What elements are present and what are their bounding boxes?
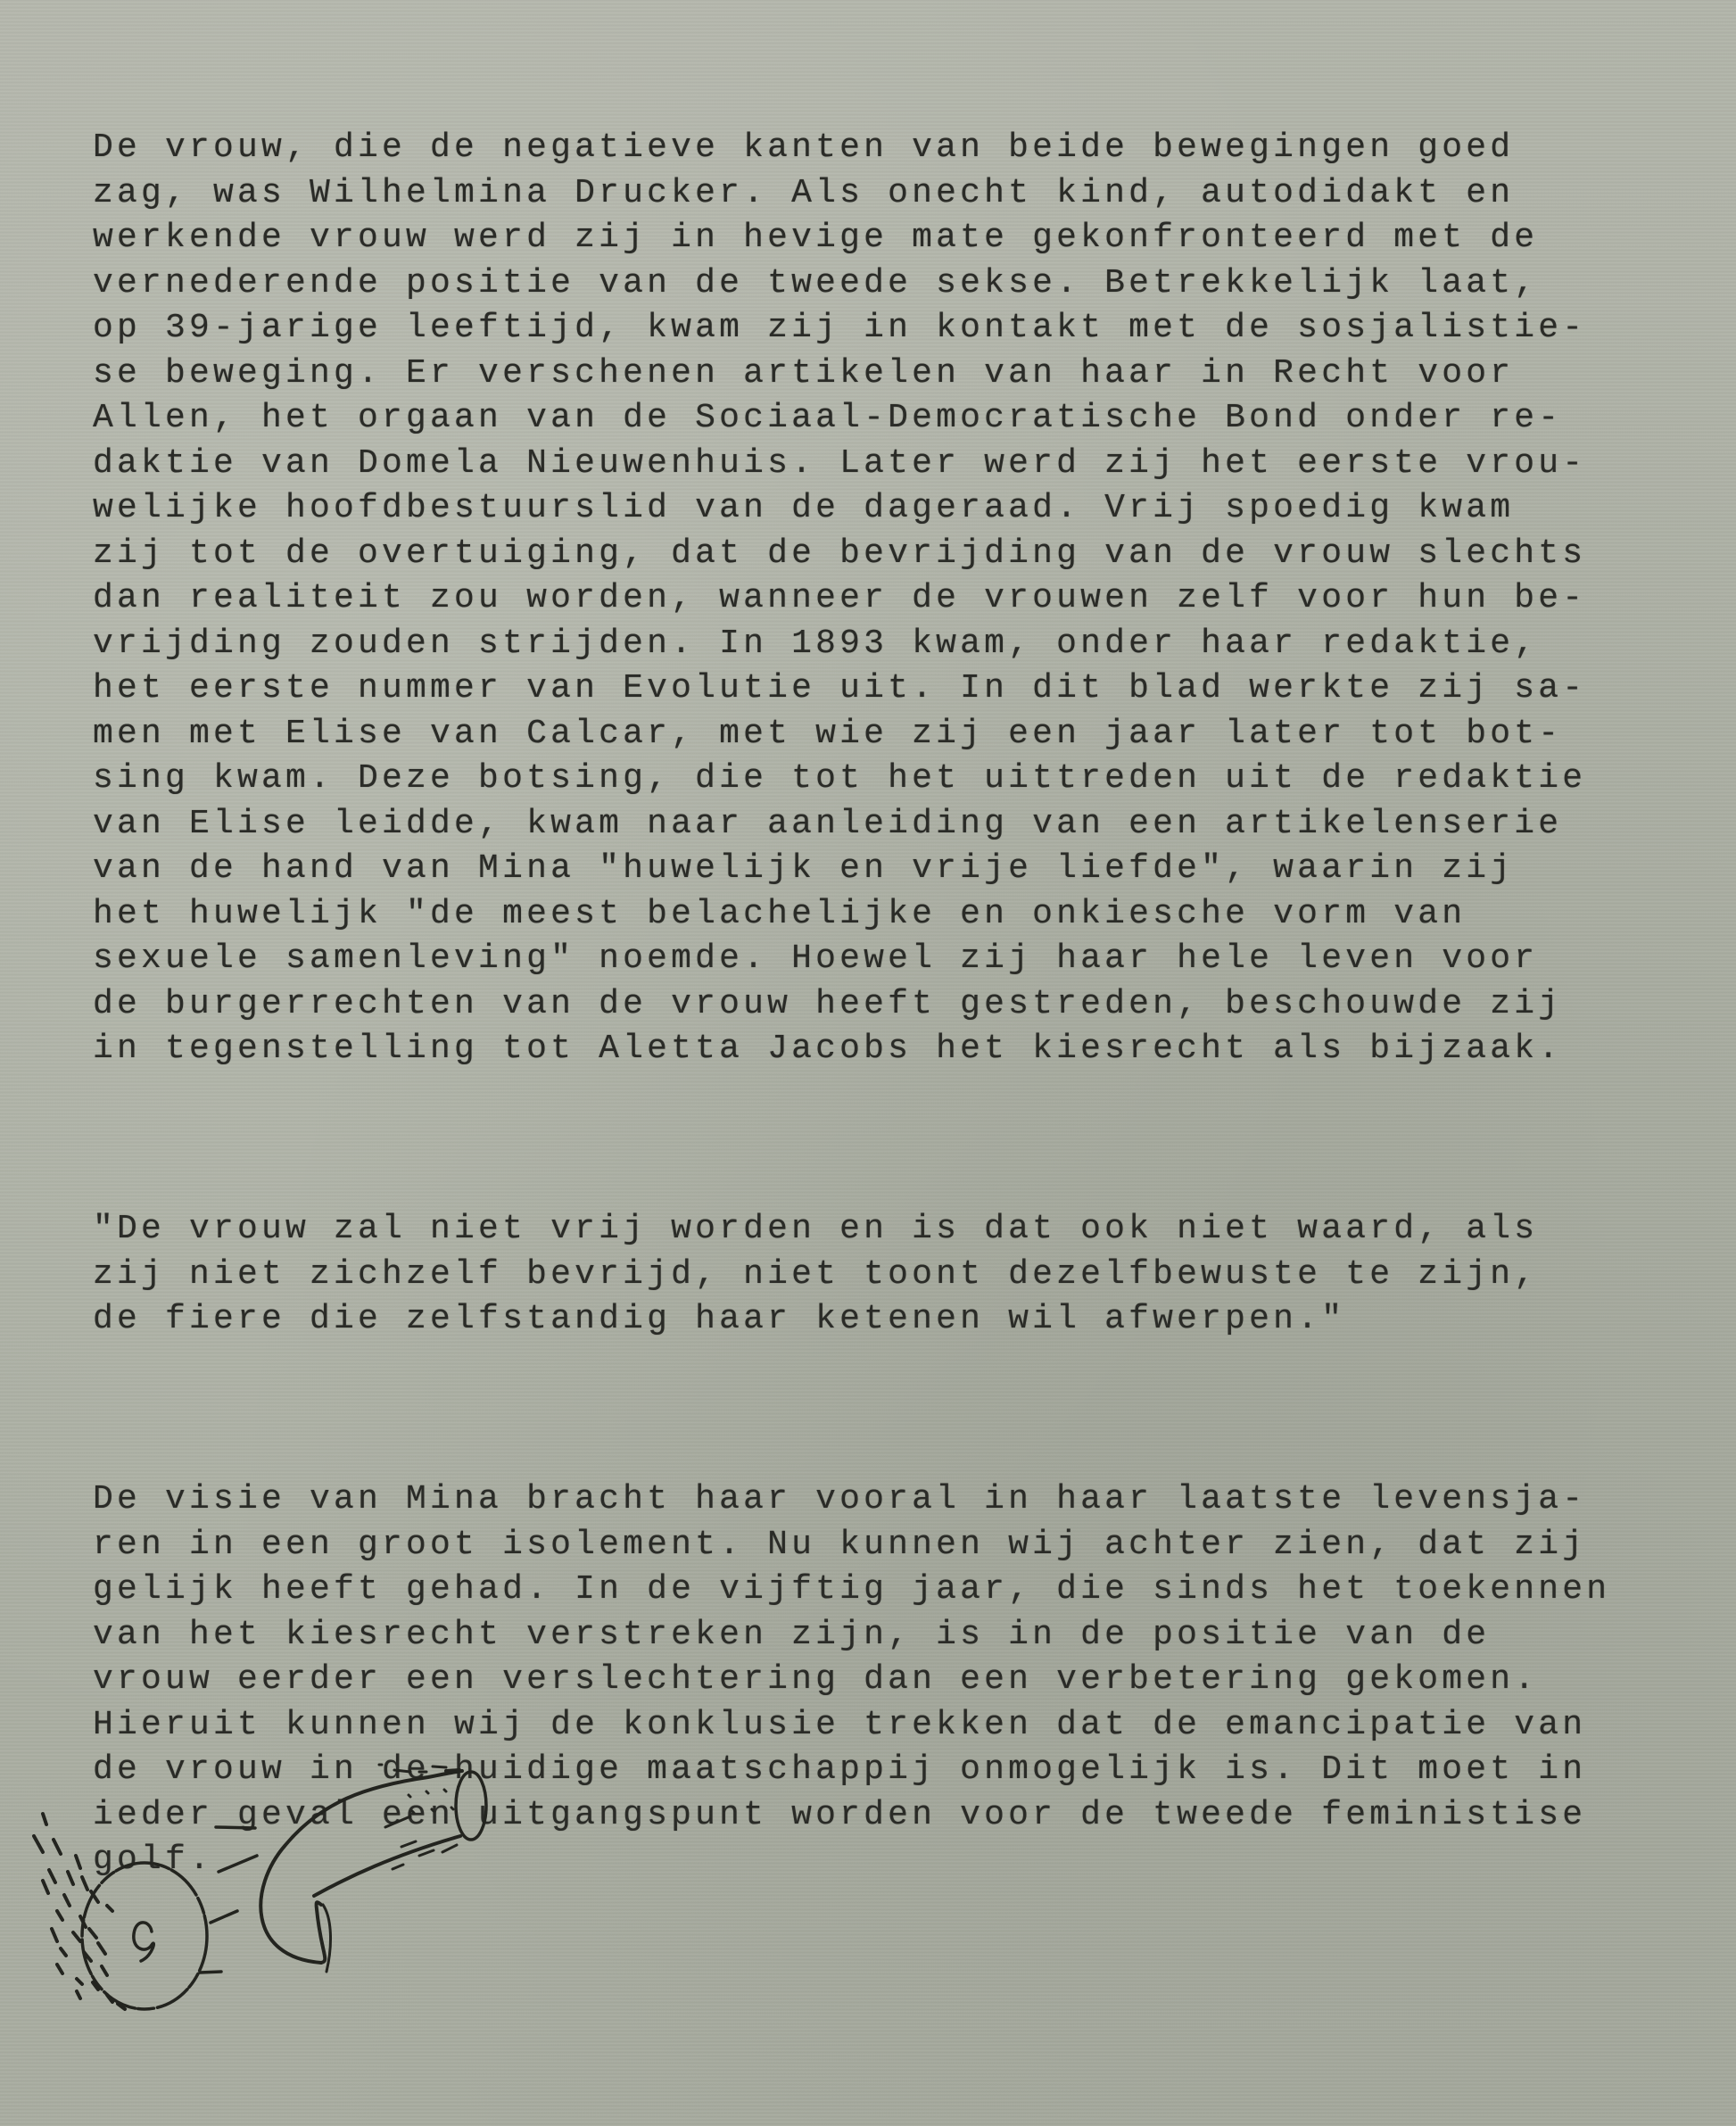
text-line: vernederende positie van de tweede sekse… xyxy=(93,261,1699,307)
text-line: van het kiesrecht verstreken zijn, is in… xyxy=(93,1613,1699,1659)
text-line: "De vrouw zal niet vrij worden en is dat… xyxy=(93,1207,1699,1253)
text-line: gelijk heeft gehad. In de vijftig jaar, … xyxy=(93,1568,1699,1613)
text-line: de burgerrechten van de vrouw heeft gest… xyxy=(93,982,1699,1028)
text-line: het huwelijk "de meest belachelijke en o… xyxy=(93,892,1699,938)
paragraph-quote: "De vrouw zal niet vrij worden en is dat… xyxy=(93,1207,1699,1343)
text-line: zij niet zichzelf bevrijd, niet toont de… xyxy=(93,1253,1699,1298)
cannon-barrel xyxy=(260,1770,486,1972)
cannonball xyxy=(82,1863,207,2009)
text-line: se beweging. Er verschenen artikelen van… xyxy=(93,352,1699,397)
text-line: van de hand van Mina "huwelijk en vrije … xyxy=(93,847,1699,892)
text-line: sexuele samenleving" noemde. Hoewel zij … xyxy=(93,937,1699,982)
text-line: welijke hoofdbestuurslid van de dageraad… xyxy=(93,486,1699,532)
text-line: zag, was Wilhelmina Drucker. Als onecht … xyxy=(93,171,1699,217)
text-line: De vrouw, die de negatieve kanten van be… xyxy=(93,126,1699,171)
text-line: dan realiteit zou worden, wanneer de vro… xyxy=(93,576,1699,622)
typewritten-text: De vrouw, die de negatieve kanten van be… xyxy=(93,36,1699,1928)
text-line: de fiere die zelfstandig haar ketenen wi… xyxy=(93,1297,1699,1343)
text-line: ren in een groot isolement. Nu kunnen wi… xyxy=(93,1523,1699,1568)
motion-dashes-top xyxy=(379,1765,446,1772)
text-line: daktie van Domela Nieuwenhuis. Later wer… xyxy=(93,442,1699,487)
text-line: vrijding zouden strijden. In 1893 kwam, … xyxy=(93,622,1699,667)
text-line: in tegenstelling tot Aletta Jacobs het k… xyxy=(93,1027,1699,1072)
text-line: van Elise leidde, kwam naar aanleiding v… xyxy=(93,802,1699,848)
text-line: zij tot de overtuiging, dat de bevrijdin… xyxy=(93,532,1699,577)
text-line: Allen, het orgaan van de Sociaal-Democra… xyxy=(93,396,1699,442)
text-line: men met Elise van Calcar, met wie zij ee… xyxy=(93,712,1699,757)
cannon-sketch-illustration xyxy=(27,1677,1186,2034)
text-line: De visie van Mina bracht haar vooral in … xyxy=(93,1477,1699,1523)
motion-lines-middle xyxy=(200,1827,257,1973)
text-line: werkende vrouw werd zij in hevige mate g… xyxy=(93,216,1699,261)
text-line: op 39-jarige leeftijd, kwam zij in konta… xyxy=(93,306,1699,352)
motion-dashes-left xyxy=(34,1814,125,2009)
text-line: sing kwam. Deze botsing, die tot het uit… xyxy=(93,757,1699,802)
text-line: het eerste nummer van Evolutie uit. In d… xyxy=(93,666,1699,712)
paragraph-drucker-biography: De vrouw, die de negatieve kanten van be… xyxy=(93,126,1699,1072)
